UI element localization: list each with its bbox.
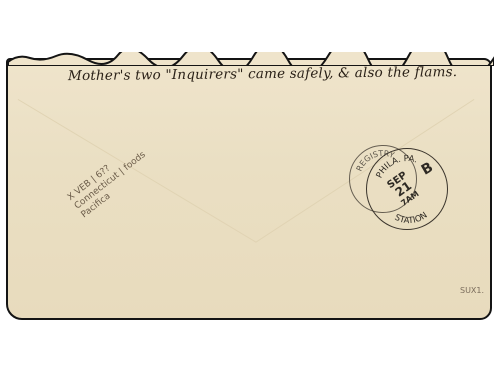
phila-postmark: PHILA. PA. STATION B SEP 21 7AM <box>366 148 448 230</box>
svg-text:STATION: STATION <box>393 210 430 226</box>
envelope: Mother's two "Inquirers" came safely, & … <box>6 58 492 320</box>
postmark-station-text: STATION <box>393 210 430 226</box>
reference-mark: SUX1. <box>460 286 484 295</box>
